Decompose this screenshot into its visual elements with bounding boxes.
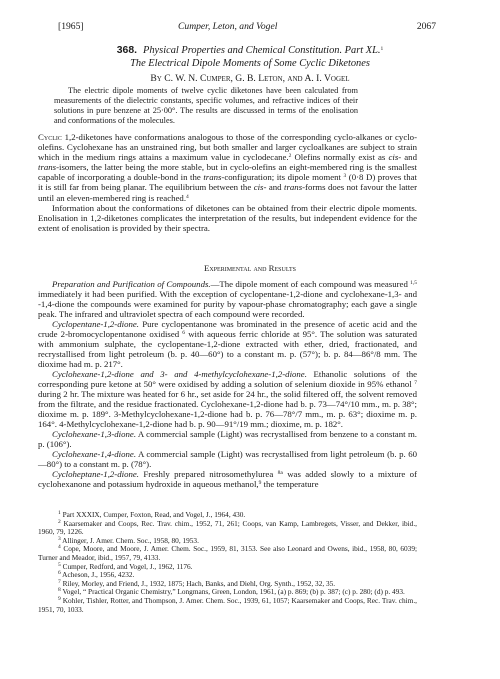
footnote-text: Kohler, Tishler, Rotter, and Thompson, J…	[38, 596, 417, 614]
running-head-year: [1965]	[58, 21, 84, 32]
running-head-authors: Cumper, Leton, and Vogel	[178, 21, 277, 32]
footnote-ref: 7	[414, 380, 417, 386]
text-run: cis	[388, 152, 398, 162]
footnote-text: Cope, Moore, and Moore, J. Amer. Chem. S…	[38, 544, 417, 562]
byline: By C. W. N. Cumper, G. B. Leton, and A. …	[0, 73, 500, 84]
footnote-number: 5	[58, 562, 61, 568]
footnote: 2 Kaarsemaker and Coops, Rec. Trav. chim…	[38, 520, 417, 537]
text-run: —The dipole moment of each compound was …	[211, 279, 411, 289]
footnote-ref: 4	[186, 194, 189, 200]
cycloheptane-paragraph: Cycloheptane-1,2-dione. Freshly prepared…	[38, 469, 417, 489]
subheading: Cyclohexane-1,3-dione.	[52, 429, 136, 439]
cyclopentane-paragraph: Cyclopentane-1,2-dione. Pure cyclopentan…	[38, 319, 417, 369]
running-head: [1965] Cumper, Leton, and Vogel 2067	[58, 21, 436, 35]
text-run: -configuration; its dipole moment	[221, 172, 343, 182]
subheading: Cyclohexane-1,2-dione and 3- and 4-methy…	[52, 369, 307, 379]
text-run: the temperature	[261, 479, 318, 489]
footnote: 4 Cope, Moore, and Moore, J. Amer. Chem.…	[38, 545, 417, 562]
lead-word: Cyclic	[38, 132, 62, 142]
footnote-ref: 1,5	[410, 280, 417, 286]
prep-paragraph: Preparation and Purification of Compound…	[38, 279, 417, 319]
footnotes: 1 Part XXXIX, Cumper, Foxton, Read, and …	[38, 511, 417, 614]
title-line-2: The Electrical Dipole Moments of Some Cy…	[0, 57, 500, 70]
intro-paragraph-2: Information about the conformations of d…	[38, 203, 417, 233]
text-run: immediately it had been purified. With t…	[38, 289, 417, 319]
footnote-number: 2	[58, 519, 61, 525]
page-number: 2067	[417, 21, 436, 32]
subheading: Preparation and Purification of Compound…	[52, 279, 211, 289]
text-run: trans	[284, 182, 302, 192]
section-heading: Experimental and Results	[0, 263, 500, 273]
text-run: trans	[203, 172, 221, 182]
footnote-number: 3	[58, 536, 61, 542]
footnote: 9 Kohler, Tishler, Rotter, and Thompson,…	[38, 597, 417, 614]
title-line-1: Physical Properties and Chemical Constit…	[143, 45, 380, 56]
footnote-number: 6	[58, 570, 61, 576]
footnote-number: 1	[58, 510, 61, 516]
subheading: Cyclopentane-1,2-dione.	[52, 319, 139, 329]
introduction: Cyclic 1,2-diketones have conformations …	[38, 132, 417, 233]
footnote-number: 8	[58, 587, 61, 593]
text-run: Freshly prepared nitrosomethylurea	[139, 469, 278, 479]
abstract-text: The electric dipole moments of twelve cy…	[54, 86, 358, 126]
subheading: Cyclohexane-1,4-dione.	[52, 449, 136, 459]
experimental-section: Preparation and Purification of Compound…	[38, 279, 417, 489]
intro-paragraph-1: Cyclic 1,2-diketones have conformations …	[38, 132, 417, 203]
abstract: The electric dipole moments of twelve cy…	[54, 86, 358, 126]
cyclohexane-14-paragraph: Cyclohexane-1,4-dione. A commercial samp…	[38, 449, 417, 469]
footnote-text: Kaarsemaker and Coops, Rec. Trav. chim.,…	[38, 519, 417, 537]
text-run: - and	[263, 182, 284, 192]
footnote-number: 9	[58, 596, 61, 602]
article-number: 368.	[117, 45, 137, 56]
text-run: trans	[38, 162, 56, 172]
article-title: 368.Physical Properties and Chemical Con…	[0, 44, 500, 70]
cyclohexane-13-paragraph: Cyclohexane-1,3-dione. A commercial samp…	[38, 429, 417, 449]
subheading: Cycloheptane-1,2-dione.	[52, 469, 139, 479]
cyclohexane-12-paragraph: Cyclohexane-1,2-dione and 3- and 4-methy…	[38, 369, 417, 429]
footnote-ref: 1	[380, 46, 383, 52]
text-run: Olefins normally exist as	[291, 152, 388, 162]
text-run: during 2 hr. The mixture was heated for …	[38, 389, 417, 429]
footnote-number: 4	[58, 544, 61, 550]
text-run: - and	[398, 152, 417, 162]
footnote-number: 7	[58, 579, 61, 585]
